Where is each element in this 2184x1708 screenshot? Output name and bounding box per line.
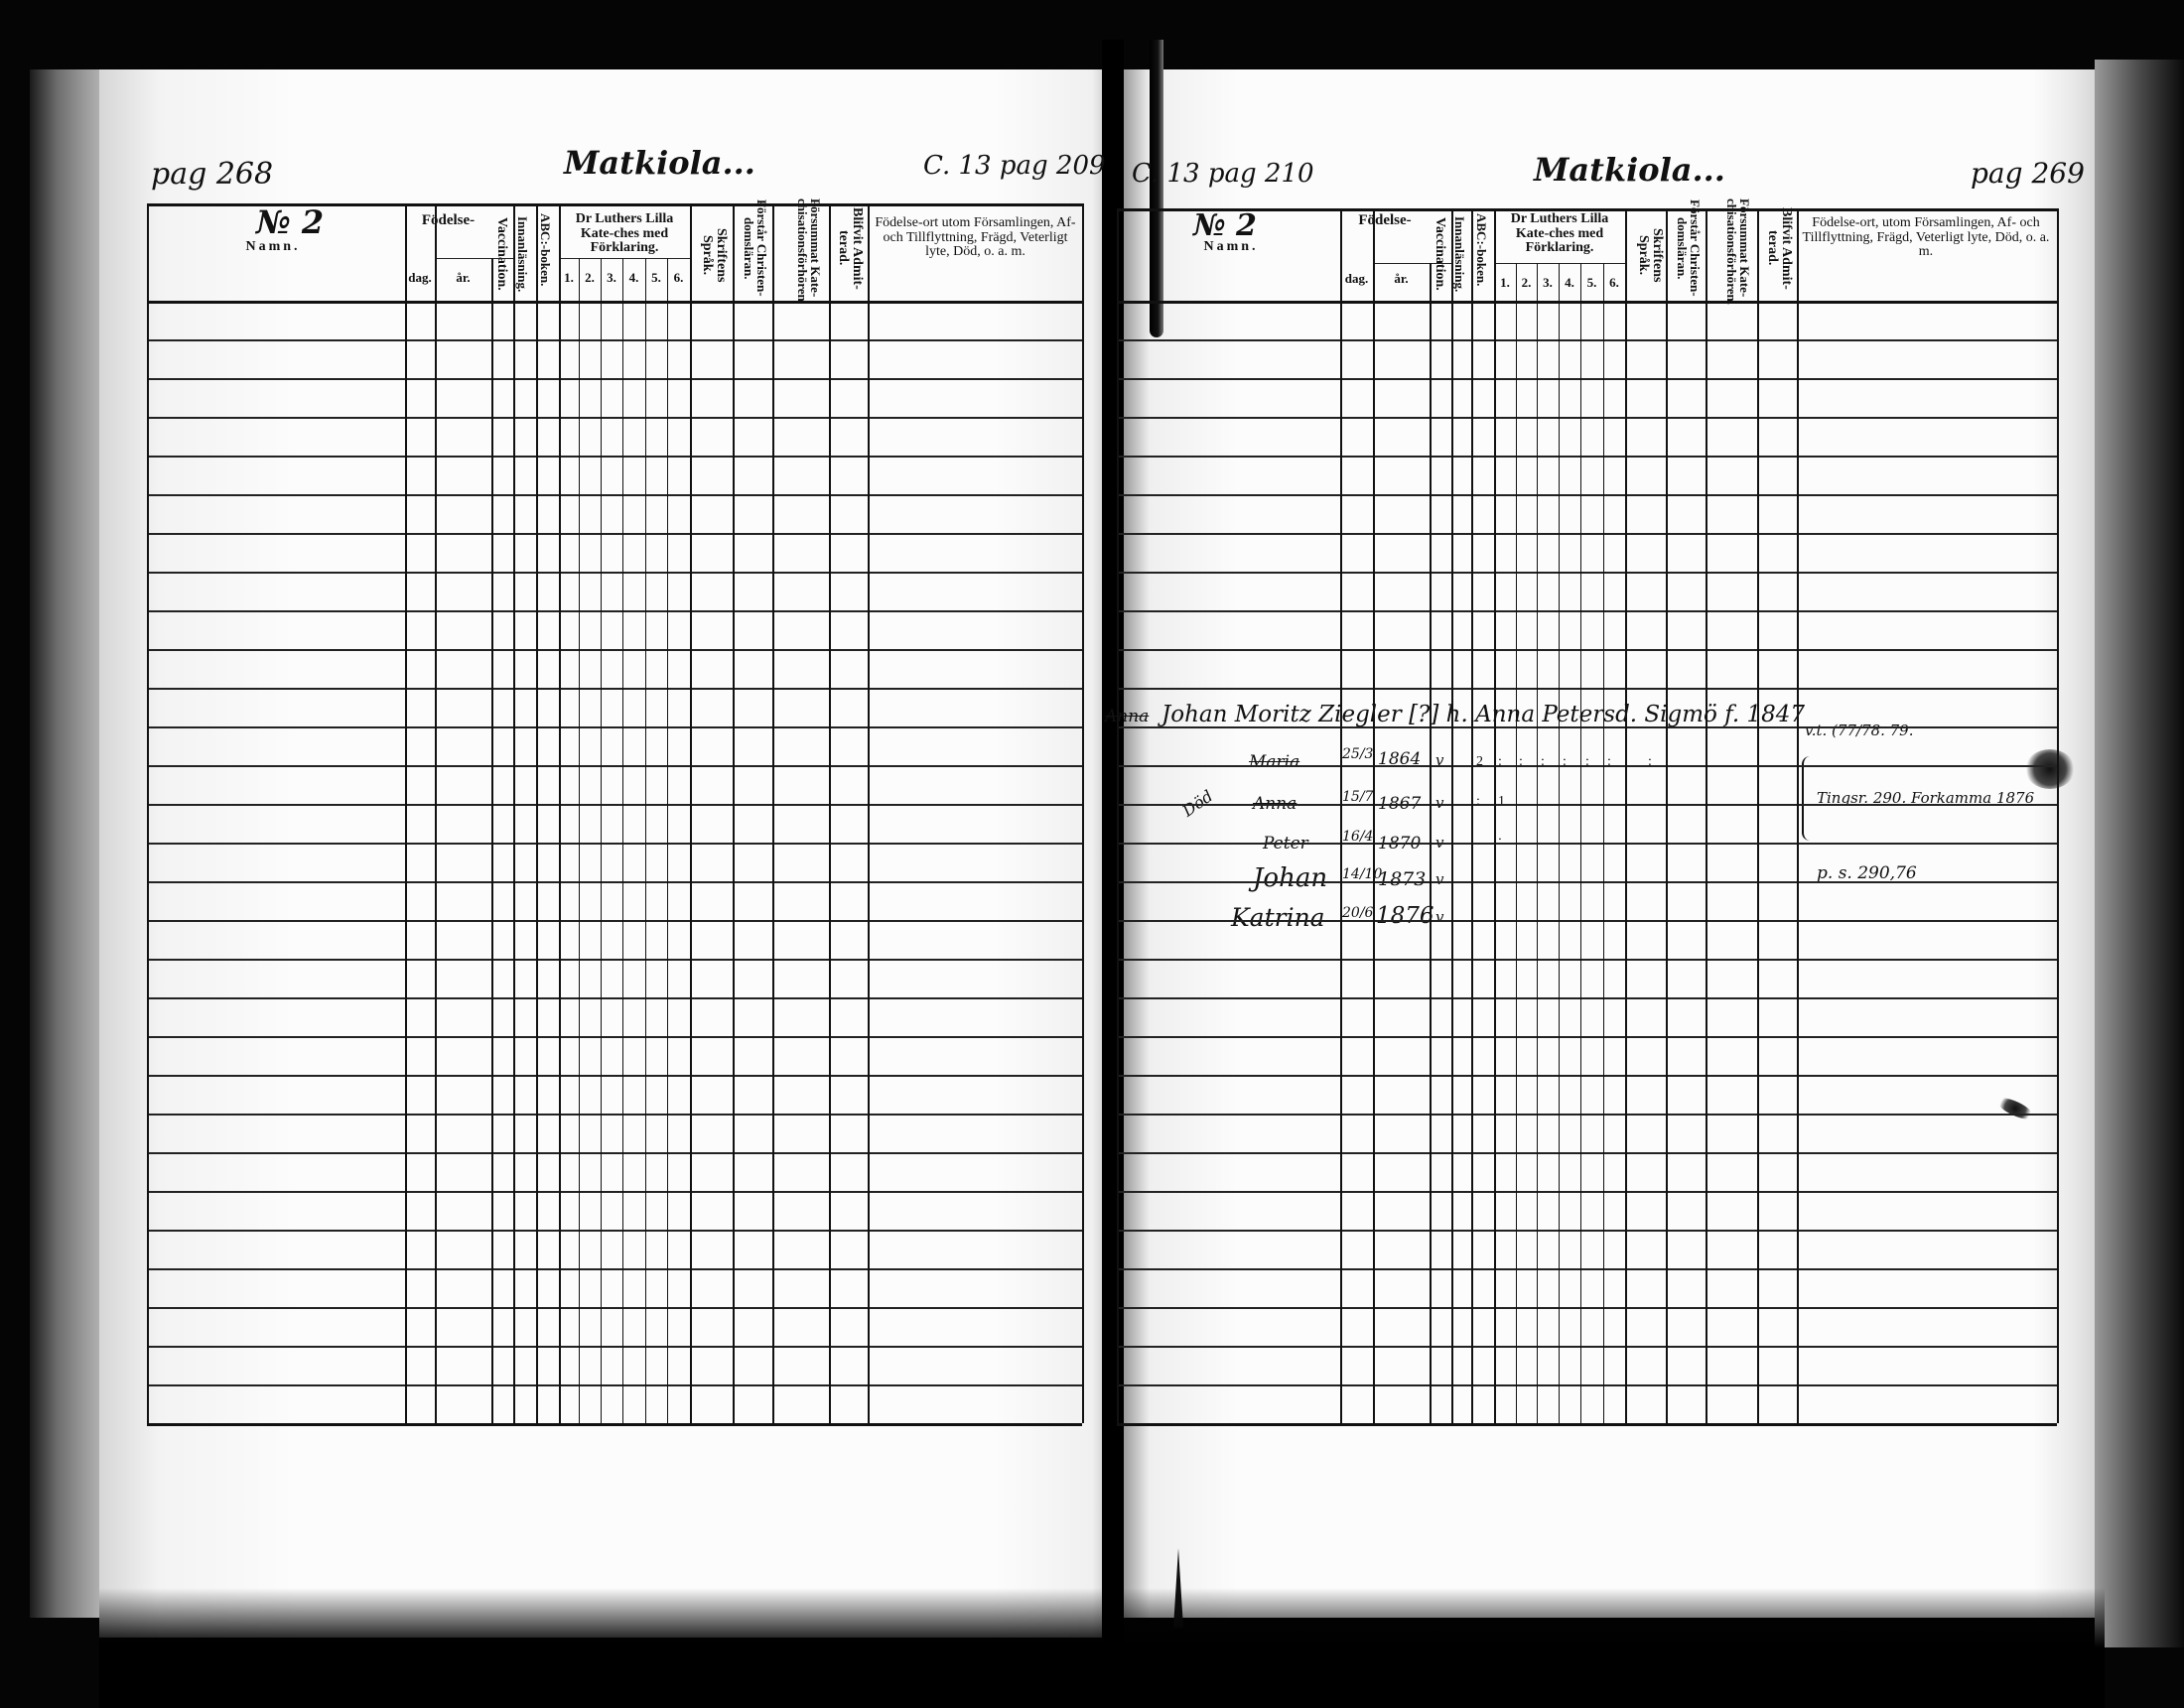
right-col-fodelse: Födelse-: [1340, 213, 1430, 229]
right-parish-name: Matkiola...: [1534, 151, 1725, 189]
table-row-rule: [1117, 1384, 2057, 1386]
catechism-mark: :: [1498, 754, 1502, 770]
entry-child-vacc: v: [1435, 870, 1443, 888]
table-right-border: [2057, 208, 2059, 1423]
right-page-ref: pag 269: [1971, 157, 2085, 190]
luther-subrule: [1494, 263, 1625, 264]
table-row-rule: [1117, 494, 2057, 496]
table-row-rule: [147, 378, 1082, 380]
table-row-rule: [147, 494, 1082, 496]
table-row-rule: [1117, 1152, 2057, 1154]
catechism-mark: 2: [1476, 754, 1483, 770]
remark-bracket: [1802, 756, 1810, 841]
header-bottom-rule: [1117, 301, 2057, 304]
left-col-forstar: Förstår Christen-domsläran.: [737, 198, 768, 298]
right-cross-ref: C. 13 pag 210: [1132, 159, 1314, 189]
table-row-rule: [1117, 881, 2057, 883]
column-rule: [868, 203, 870, 1423]
catechism-mark: :: [1541, 754, 1545, 770]
table-row-rule: [1117, 572, 2057, 574]
right-col-abc: ABC:-boken.: [1475, 210, 1488, 290]
column-rule: [690, 203, 692, 1423]
right-col-luther: Dr Luthers Lilla Kate-ches med Förklarin…: [1494, 212, 1625, 256]
entry-child-name: Maria: [1249, 752, 1299, 772]
table-left-border: [147, 203, 149, 1423]
column-rule: [536, 203, 538, 1423]
left-col-namn: Namn.: [199, 240, 347, 255]
column-rule: [1625, 208, 1627, 1423]
catechism-mark: :: [1519, 754, 1523, 770]
table-row-rule: [1117, 804, 2057, 806]
column-rule: [513, 203, 515, 1423]
column-rule: [1603, 263, 1604, 1423]
column-rule: [579, 258, 580, 1423]
luther-part-label: 4.: [1559, 276, 1580, 290]
left-page-ref: pag 268: [151, 157, 273, 192]
left-col-ar: år.: [435, 271, 491, 285]
left-cross-ref: C. 13 pag 209: [923, 151, 1106, 181]
column-rule: [1537, 263, 1538, 1423]
table-row-rule: [147, 1268, 1082, 1270]
table-row-rule: [1117, 726, 2057, 728]
left-page: [99, 69, 1114, 1638]
catechism-mark: :: [1563, 754, 1567, 770]
table-row-rule: [147, 804, 1082, 806]
table-row-rule: [1117, 688, 2057, 690]
column-rule: [1430, 263, 1432, 1423]
left-household-number: № 2: [256, 203, 324, 241]
table-row-rule: [1117, 959, 2057, 961]
left-parish-name: Matkiola...: [564, 144, 755, 182]
table-row-rule: [147, 1152, 1082, 1154]
left-col-blifvit: Blifvit Admit-terad.: [834, 203, 864, 293]
table-row-rule: [147, 726, 1082, 728]
table-row-rule: [1117, 765, 2057, 767]
table-right-border: [1082, 203, 1084, 1423]
table-row-rule: [1117, 456, 2057, 458]
entry-child-remark: p. s. 290,76: [1817, 863, 1917, 883]
entry-child-ar: 1876: [1376, 903, 1434, 929]
table-row-rule: [1117, 1036, 2057, 1038]
column-rule: [1494, 208, 1495, 1423]
table-row-rule: [147, 688, 1082, 690]
right-col-namn: Namn.: [1171, 240, 1291, 255]
entry-child-dag: 25/3: [1342, 746, 1373, 762]
luther-part-label: 3.: [1537, 276, 1559, 290]
table-row-rule: [147, 533, 1082, 535]
fodelse-subrule: [1373, 263, 1451, 264]
table-row-rule: [147, 339, 1082, 341]
table-bottom-rule: [147, 1423, 1082, 1426]
right-col-ar: år.: [1373, 272, 1430, 286]
luther-part-label: 2.: [1516, 276, 1537, 290]
luther-part-label: 2.: [579, 271, 601, 285]
table-row-rule: [147, 610, 1082, 612]
left-col-skriftens: Skriftens Språk.: [700, 210, 728, 300]
entry-child-ar: 1873: [1378, 868, 1426, 890]
column-rule: [1373, 208, 1375, 1423]
table-row-rule: [147, 456, 1082, 458]
table-row-rule: [1117, 339, 2057, 341]
table-row-rule: [1117, 1346, 2057, 1348]
right-col-blifvit: Blifvit Admit-terad.: [1763, 203, 1793, 293]
column-rule: [1451, 208, 1453, 1423]
table-row-rule: [1117, 1191, 2057, 1193]
table-row-rule: [147, 920, 1082, 922]
table-left-border: [1117, 208, 1119, 1423]
column-rule: [733, 203, 735, 1423]
luther-part-label: 4.: [622, 271, 645, 285]
column-rule: [491, 258, 493, 1423]
header-bottom-rule: [147, 301, 1082, 304]
column-rule: [559, 203, 560, 1423]
right-col-fodelseort: Födelse-ort, utom Församlingen, Af- och …: [1802, 216, 2050, 260]
column-rule: [1471, 208, 1473, 1423]
right-col-forstar: Förstår Christen-domsläran.: [1670, 198, 1702, 298]
table-row-rule: [1117, 1268, 2057, 1270]
ink-smear: [2025, 749, 2075, 789]
column-rule: [601, 258, 602, 1423]
left-col-vaccination: Vaccination.: [494, 210, 508, 298]
entry-head-remark: v.t. (77/78. 79.: [1805, 722, 1914, 739]
table-row-rule: [1117, 920, 2057, 922]
column-rule: [772, 203, 774, 1423]
luther-part-label: 1.: [1494, 276, 1516, 290]
table-top-rule: [1117, 208, 2057, 211]
catechism-mark: :: [1648, 754, 1652, 770]
table-row-rule: [147, 1191, 1082, 1193]
column-rule: [667, 258, 668, 1423]
entry-head-of-household: Johan Moritz Ziegler [?] h. Anna Petersd…: [1161, 702, 1805, 727]
table-row-rule: [147, 649, 1082, 651]
luther-part-label: 6.: [667, 271, 690, 285]
entry-child-dag: 14/10: [1342, 866, 1382, 882]
table-row-rule: [147, 1384, 1082, 1386]
column-rule: [1797, 208, 1799, 1423]
table-row-rule: [1117, 1230, 2057, 1232]
entry-child-vacc: v: [1435, 794, 1443, 812]
column-rule: [435, 203, 437, 1423]
column-rule: [405, 203, 407, 1423]
entry-child-vacc: v: [1435, 908, 1443, 926]
entry-child-name: Johan: [1253, 863, 1327, 893]
table-row-rule: [147, 572, 1082, 574]
catechism-mark: 1: [1498, 794, 1505, 810]
left-col-fodelse: Födelse-: [405, 213, 491, 229]
table-row-rule: [1117, 843, 2057, 845]
catechism-mark: :: [1498, 834, 1502, 850]
right-col-vaccination: Vaccination.: [1433, 210, 1446, 298]
right-col-dag: dag.: [1340, 272, 1373, 286]
catechism-mark: .: [1476, 834, 1480, 850]
left-col-fodelseort: Födelse-ort utom Församlingen, Af- och T…: [874, 216, 1077, 260]
left-col-dag: dag.: [405, 271, 435, 285]
catechism-mark: :: [1476, 794, 1480, 810]
table-top-rule: [147, 203, 1082, 206]
catechism-mark: :: [1607, 754, 1611, 770]
luther-part-label: 5.: [645, 271, 667, 285]
table-row-rule: [147, 1346, 1082, 1348]
table-row-rule: [147, 843, 1082, 845]
column-rule: [1666, 208, 1668, 1423]
left-col-luther: Dr Luthers Lilla Kate-ches med Förklarin…: [559, 212, 690, 256]
table-row-rule: [1117, 1307, 2057, 1309]
column-rule: [1516, 263, 1517, 1423]
column-rule: [829, 203, 831, 1423]
entry-child-dag: 15/7: [1342, 789, 1373, 805]
left-col-abc: ABC:-boken.: [539, 210, 552, 290]
fodelse-subrule: [435, 258, 513, 259]
catechism-mark: :: [1585, 754, 1589, 770]
luther-part-label: 6.: [1603, 276, 1625, 290]
table-row-rule: [147, 881, 1082, 883]
table-row-rule: [1117, 417, 2057, 419]
table-row-rule: [147, 1230, 1082, 1232]
table-row-rule: [1117, 533, 2057, 535]
table-row-rule: [147, 997, 1082, 999]
left-col-innanlasning: Innanläsning.: [516, 210, 529, 298]
table-row-rule: [147, 417, 1082, 419]
table-row-rule: [147, 959, 1082, 961]
luther-part-label: 3.: [601, 271, 622, 285]
table-row-rule: [1117, 1114, 2057, 1116]
table-row-rule: [147, 1114, 1082, 1116]
table-row-rule: [147, 1075, 1082, 1077]
column-rule: [1340, 208, 1342, 1423]
left-col-forsummat: Försummat Kate-chisationsförhören: [778, 198, 822, 298]
right-edge-shadow: [2095, 60, 2184, 1647]
table-row-rule: [1117, 997, 2057, 999]
right-col-skriftens: Skriftens Språk.: [1636, 210, 1664, 300]
table-row-rule: [147, 1036, 1082, 1038]
table-row-rule: [1117, 1075, 2057, 1077]
entry-child-dag: 20/6: [1342, 905, 1373, 921]
column-rule: [645, 258, 646, 1423]
bottom-shadow: [99, 1588, 2105, 1708]
table-row-rule: [1117, 378, 2057, 380]
entry-child-name: Katrina: [1231, 903, 1325, 932]
page-crease: [1150, 40, 1163, 337]
table-row-rule: [147, 1307, 1082, 1309]
table-bottom-rule: [1117, 1423, 2057, 1426]
column-rule: [1757, 208, 1759, 1423]
column-rule: [1580, 263, 1581, 1423]
table-row-rule: [1117, 649, 2057, 651]
column-rule: [622, 258, 623, 1423]
entry-struck-prefix: Anna: [1105, 707, 1149, 726]
column-rule: [1706, 208, 1707, 1423]
right-col-forsummat: Försummat Kate-chisationsförhören.: [1711, 198, 1751, 298]
table-row-rule: [147, 765, 1082, 767]
column-rule: [1559, 263, 1560, 1423]
right-household-number: № 2: [1193, 208, 1257, 243]
right-col-innanlasning: Innanläsning.: [1453, 210, 1466, 298]
luther-part-label: 1.: [559, 271, 579, 285]
table-row-rule: [1117, 610, 2057, 612]
luther-part-label: 5.: [1580, 276, 1603, 290]
